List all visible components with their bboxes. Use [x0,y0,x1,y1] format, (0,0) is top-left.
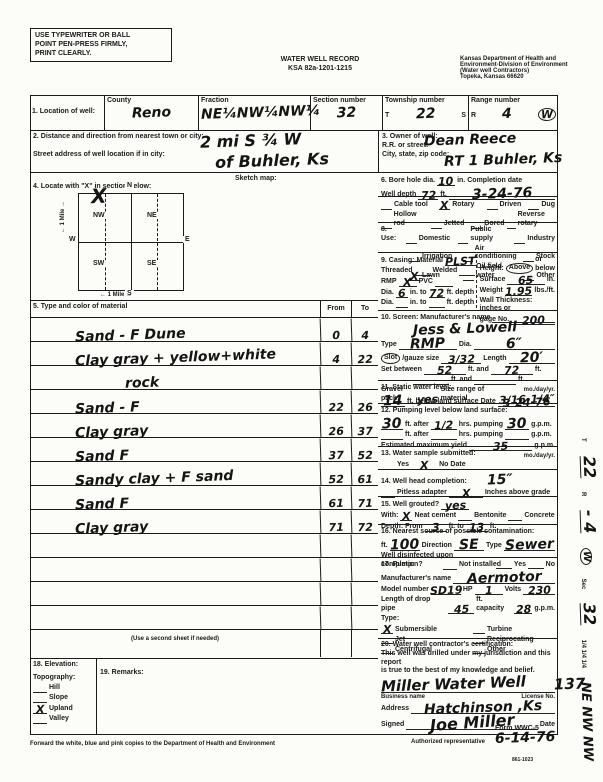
ft-and-label: ft. and [468,366,489,375]
business-name-value: Miller Water Well [381,674,526,694]
section-17-pump: 17. Pump:Not installed Manufacturer's na… [378,557,558,638]
second-sheet-note: (Use a second sheet if needed) [30,630,320,657]
gpm-label: g.p.m. [531,421,552,430]
section-11-static-level: 11. Static water level:mo./day/yr. 14ft.… [378,380,558,403]
section-number-value: 32 [313,105,380,121]
pumping-gpm-value: 30 [507,416,527,431]
ft-after-label: ft. after [405,421,429,430]
elevation-label: 18. Elevation: [33,661,93,670]
topography-label: Topography: [33,674,93,683]
dia-label: Dia. [381,299,394,308]
dug-label: Dug [541,201,555,210]
margin-township-value: 22 [580,455,598,478]
form-title: WATER WELL RECORD KSA 82a-1201-1215 [235,56,405,74]
grid-ne-label: NE [145,212,159,219]
well-head-value: 15″ [487,473,513,488]
grid-e-label: E [183,236,192,243]
form-title-line1: WATER WELL RECORD [235,56,405,65]
casing-label: 9. Casing: [381,257,414,266]
pumping-level-value: 30 [382,416,402,431]
pump-mfr-label: Manufacturer's name [381,575,451,584]
section-16-contamination: 16. Nearest source of possible contamina… [378,524,558,557]
in-to-label: in. to [410,289,427,298]
bentonite-label: Bentonite [474,512,506,521]
material-label: Material [416,257,442,266]
materials-label: 5. Type and color of material [30,301,320,317]
from-header: From [320,301,351,317]
rotary-x-mark: X [440,200,449,211]
material-row [30,582,378,606]
direction-label: Direction [422,542,452,551]
or-below-label: or below [535,256,555,274]
distance-value: 2 mi S ¾ W [200,131,302,151]
weight-unit: lbs./ft. [534,287,555,296]
grid-nw-label: NW [91,212,107,219]
margin-location-note: T 22 R - 4 W Sec 32 1/4 1/4 1/4 NE NW NW [580,438,597,768]
surface-label: Surface [480,276,506,285]
date-format-label: mo./day/yr. [524,453,555,459]
certification-label: 20. Water well contractor's certificatio… [381,641,555,650]
section-13-water-sample: 13. Water sample submitted:mo./day/yr. Y… [378,446,558,469]
material-row [30,534,378,558]
material-row [30,606,378,630]
ft-after-label: ft. after [405,431,429,440]
screen-dia-value: 6″ [506,337,522,352]
township-label: Township number [385,97,466,106]
section-grid: NW NE SW SE N S W E X [78,193,184,291]
ft-label: ft. [381,542,388,551]
hill-label: Hill [49,684,60,693]
agency-line: Topeka, Kansas 66620 [460,74,602,80]
range-label: Range number [471,97,556,106]
remarks-label: 19. Remarks: [100,669,144,676]
margin-r-label: R [580,492,586,496]
owner-address-value: RT 1 Buhler, Ks [444,151,563,169]
margin-section-value: 32 [580,603,598,626]
hp-label: HP [463,586,473,595]
grid-hline [79,242,183,243]
screen-type-label: Type [381,341,397,350]
margin-quarters-label: 1/4 1/4 1/4 [580,640,586,668]
section-9-casing: 9. Casing:MaterialPLST ThreadedWelded RM… [378,252,558,310]
form-title-line2: KSA 82a-1201-1215 [235,65,405,74]
section-5-materials: 5. Type and color of material From To Sa… [30,300,378,658]
range-direction-circled: W [538,107,557,121]
casing-dia-value: 6 [398,288,406,299]
section-15-grouted: 15. Well grouted?yes With:XNeat cementBe… [378,496,558,524]
grid-n-label: N [125,182,134,189]
section-20-certification: 20. Water well contractor's certificatio… [378,638,558,722]
grouted-label: 15. Well grouted? [381,501,439,510]
volts-label: Volts [505,586,522,595]
grid-dash [105,194,106,290]
authorized-rep-label: Authorized representative [411,739,485,745]
agency-block: Kansas Department of Health and Environm… [460,56,602,80]
bore-dia-label: 6. Bore hole dia. [381,177,435,186]
drop-pipe-label: Length of drop pipe [381,596,446,614]
county-value: Reno [107,104,196,121]
slot-circled-label: Slot [381,353,400,364]
margin-range-dir: W [580,547,593,564]
mile-left-label: ← 1 Mile → [60,201,66,233]
hp-value: 1 [485,585,493,596]
screen-length-value: 20′ [520,351,544,366]
weight-value: 1.95 [505,285,533,297]
location-label: 1. Location of well: [32,108,95,117]
date-format-label: mo./day/yr. [524,387,555,393]
form-number: Form WWC-5 [495,725,539,734]
driven-label: Driven [500,201,522,210]
dia-label: Dia. [381,289,394,298]
set-to-value: 72 [504,365,520,377]
margin-t-label: T [580,438,586,442]
not-installed-label: Not installed [459,561,501,570]
material-row: Sand - F Dune04 [30,318,378,342]
height-label: Height: [480,265,504,274]
well-head-label: 14. Well head completion: [381,478,467,487]
gpm-label: g.p.m. [534,605,555,614]
pumping-hrs-value: 1/2 [434,419,454,431]
bore-dia-value: 10 [438,176,454,188]
ft-depth-label: ft. depth [447,289,475,298]
hrs-pumping-label: hrs. pumping [459,431,503,440]
fraction-value: NE¼NW¼NW¼ [201,104,308,122]
neat-cement-x-mark: X [402,511,411,522]
pvc-label: PVC [419,278,433,287]
pumping-level-label: 12. Pumping level below land surface: [381,407,507,416]
screen-dia-label: Dia. [459,341,472,350]
contamination-ft-value: 100 [390,537,420,552]
mile-bottom-label: ← 1 Mile → [100,292,132,298]
contamination-type-value: Sewer [505,537,554,553]
public-supply-label: Public supply [470,226,512,244]
sketch-map-label: Sketch map: [235,175,277,184]
domestic-label: Domestic [419,235,451,244]
location-row: 1. Location of well: County Reno Fractio… [30,95,558,130]
rotary-label: Rotary [452,201,474,210]
township-value: 22 [415,106,435,121]
material-row: Sand F3752 [30,438,378,462]
distance-value2: of Buhler, Ks [215,151,329,171]
upland-label: Upland [49,705,73,714]
contamination-label: 16. Nearest source of possible contamina… [381,528,534,537]
surface-unit: in. [547,276,555,285]
gauze-label: /gauze size [402,355,439,364]
capacity-value: 28 [516,603,532,615]
casing-material-value: PLST [445,255,476,267]
instructions-line: POINT PEN-PRESS FIRMLY, [35,41,167,50]
grid-w-label: W [67,236,78,243]
grid-dash [157,194,158,290]
margin-range-value: - 4 [580,510,598,534]
above-circled-label: Above [506,263,533,274]
address-label: Address [381,705,409,714]
grouted-value: yes [444,500,466,512]
upland-x-mark: X [36,703,45,714]
ft-depth-label: ft. depth [447,299,475,308]
with-label: With: [381,512,398,521]
submersible-label: Submersible [395,626,437,635]
rmp-label: RMP [381,278,397,287]
material-row: rock [30,366,378,390]
casing-depth-value: 72 [429,288,445,300]
valley-label: Valley [49,715,69,724]
section-6-borehole: 6. Bore hole dia. 10 in. Completion date… [378,172,558,196]
neat-cement-label: Neat cement [414,512,456,521]
welded-label: Welded [433,267,458,276]
margin-sec-label: Sec [580,579,586,590]
ft-label: ft. [535,366,542,375]
range-value: 4 [502,107,512,121]
drop-pipe-value: 45 [453,603,469,615]
material-row: Sand - F2226 [30,390,378,414]
section-14-well-head: 14. Well head completion:15″ Pitless ada… [378,469,558,496]
margin-quarters-value: NE NW NW [579,682,595,762]
signed-label: Signed [381,721,404,730]
material-row [30,558,378,582]
water-sample-label: 13. Water sample submitted: [381,450,476,459]
owner-value: Dean Reece [424,131,517,148]
material-row: Clay gray7172 [30,510,378,534]
material-row: Clay gray + yellow+white422 [30,342,378,366]
section-7-method: Cable tool XRotary Driven Dug Hollow rod… [378,196,558,222]
weight-label: Weight [480,287,503,296]
elevation-remarks-row: 18. Elevation: Topography: Hill Slope XU… [30,658,378,735]
section-4-locate: 4. Locate with "X" in section below: Ske… [30,172,378,300]
in-label: in. [457,177,465,186]
in-to-label: in. to [410,299,427,308]
hrs-pumping-label: hrs. pumping [459,421,503,430]
slope-label: Slope [49,694,68,703]
forward-copies-note: Forward the white, blue and pink copies … [30,741,275,747]
material-row: Sandy clay + F sand5261 [30,462,378,486]
instructions-box: USE TYPEWRITER OR BALL POINT PEN-PRESS F… [30,28,172,62]
section-8-use: 8. Use: Domestic Public supply Industry … [378,222,558,252]
to-header: To [351,301,378,317]
print-code: 861-1023 [512,757,533,763]
screen-length-label: Length [483,355,506,364]
range-prefix: R [471,112,476,121]
certification-text1: This well was drilled under my jurisdict… [381,650,555,668]
set-from-value: 52 [437,365,453,377]
model-number-value: SD19 [429,584,462,596]
contamination-type-label: Type [486,542,502,551]
capacity-label: ft. capacity [476,596,512,614]
grid-se-label: SE [145,260,158,267]
grid-sw-label: SW [91,260,106,267]
threaded-label: Threaded [381,267,413,276]
township-prefix: T [385,112,389,121]
concrete-label: Concrete [524,512,554,521]
distance-owner-row: 2. Distance and direction from nearest t… [30,130,558,173]
direction-value: SE [459,537,479,552]
township-suffix: S [461,112,466,121]
location-x-mark: X [91,186,107,207]
screen-type-value: RMP [410,336,445,351]
section-12-pumping-level: 12. Pumping level below land surface: 30… [378,403,558,446]
model-number-label: Model number [381,586,429,595]
water-well-record-form: USE TYPEWRITER OR BALL POINT PEN-PRESS F… [0,0,603,782]
instructions-line: USE TYPEWRITER OR BALL [35,32,167,41]
material-row: Sand F6171 [30,486,378,510]
instructions-line: PRINT CLEARLY. [35,50,167,59]
gpm-label: g.p.m. [531,431,552,440]
cable-tool-label: Cable tool [394,201,428,210]
pump-label: 17. Pump: [381,561,441,570]
industry-label: Industry [527,235,555,244]
static-level-label: 11. Static water level: [381,384,451,393]
section-10-screen: 10. Screen: Manufacturer's name Jess & L… [378,310,558,380]
set-between-label: Set between [381,366,422,375]
material-row: Clay gray2637 [30,414,378,438]
submersible-x-mark: X [383,624,392,635]
use-label: 8. Use: [381,226,404,244]
volts-value: 230 [527,585,550,597]
turbine-label: Turbine [487,626,512,635]
